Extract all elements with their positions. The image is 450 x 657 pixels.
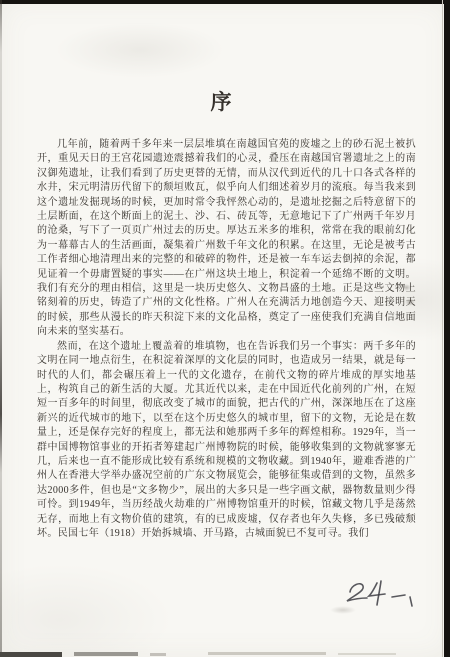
scan-edge-bottom [208,652,326,655]
scan-edge-bottom [74,652,138,656]
scan-edge-bottom [150,653,166,656]
page-title: 序 [0,86,444,116]
body-paragraph: 几年前，随着两千多年来一层层堆填在南越国官苑的废墟之上的砂石泥土被扒开，重见天日… [37,138,416,340]
body-text: 几年前，随着两千多年来一层层堆填在南越国官苑的废墟之上的砂石泥土被扒开，重见天日… [37,138,416,541]
scan-edge-top [0,0,450,4]
scanned-page: 序 几年前，随着两千多年来一层层堆填在南越国官苑的废墟之上的砂石泥土被扒开，重见… [0,0,450,657]
scan-edge-bottom [0,652,62,657]
scan-edge-bottom [338,653,396,655]
scan-edge-right [444,0,450,657]
body-paragraph: 然而，在这个遗址上覆盖着的堆填物，也在告诉我们另一个事实：两千多年的文明在同一地… [37,340,416,542]
handwritten-page-number [344,576,430,614]
